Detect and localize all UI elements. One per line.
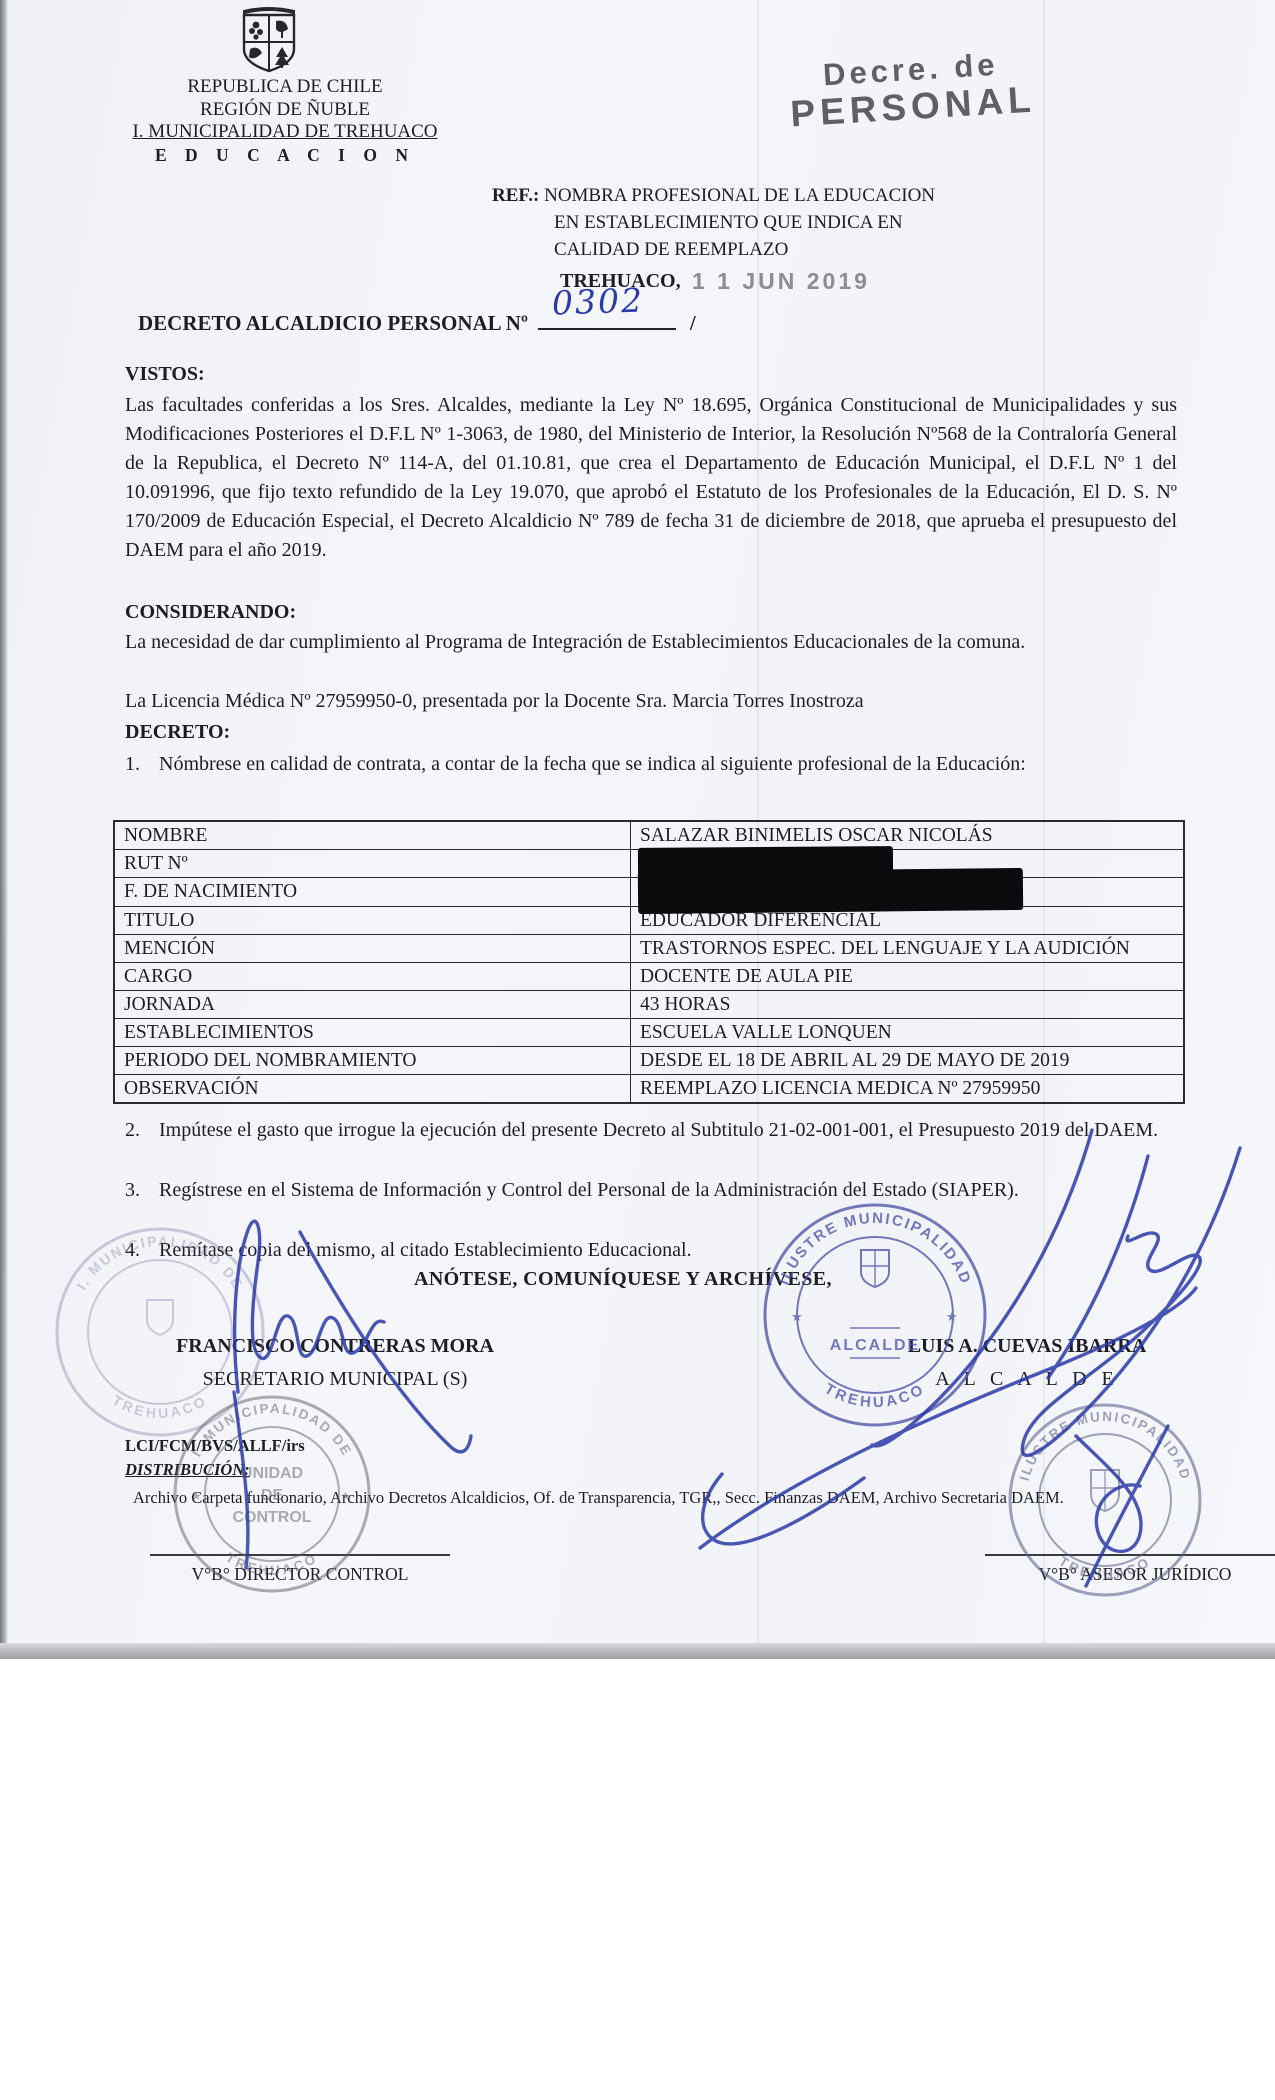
field-value: SALAZAR BINIMELIS OSCAR NICOLÁS (631, 821, 1185, 850)
reference-line: EN ESTABLECIMIENTO QUE INDICA EN (492, 209, 952, 236)
decree-number-suffix: / (690, 311, 696, 335)
field-value: DESDE EL 18 DE ABRIL AL 29 DE MAYO DE 20… (631, 1047, 1185, 1075)
field-value: 43 HORAS (631, 991, 1185, 1019)
signature-ink-stroke (234, 1392, 248, 1568)
signer-name: FRANCISCO CONTRERAS MORA (155, 1330, 515, 1363)
decree-number-blank: 0302 (538, 308, 676, 330)
distribution-list: Archivo Carpeta funcionario, Archivo Dec… (133, 1488, 1193, 1508)
stamp-center-text: CONTROL (232, 1509, 311, 1526)
responsibility-initials: LCI/FCM/BVS/ALLF/irs (125, 1436, 305, 1456)
reference-block: REF.: NOMBRA PROFESIONAL DE LA EDUCACION… (492, 182, 952, 263)
field-label: NOMBRE (114, 821, 631, 850)
scan-left-edge (0, 0, 8, 1652)
reference-line: CALIDAD DE REEMPLAZO (492, 236, 952, 263)
item-text: Impútese el gasto que irrogue la ejecuci… (159, 1116, 1158, 1145)
field-value: TRASTORNOS ESPEC. DEL LENGUAJE Y LA AUDI… (631, 935, 1185, 963)
vistos-body: Las facultades conferidas a los Sres. Al… (125, 391, 1177, 565)
handwritten-decree-number: 0302 (551, 280, 644, 322)
table-row: F. DE NACIMIENTO (114, 878, 1184, 907)
decree-item: 2. Impútese el gasto que irrogue la ejec… (125, 1116, 1180, 1145)
field-value: DOCENTE DE AULA PIE (631, 963, 1185, 991)
decreto-heading: DECRETO: (125, 721, 230, 744)
alcalde-round-stamp: ILUSTRE MUNICIPALIDAD TREHUACO ★ ★ ALCAL… (758, 1198, 992, 1432)
redaction-bar (638, 868, 1023, 914)
reference-text: NOMBRA PROFESIONAL DE LA EDUCACION (539, 185, 935, 206)
field-value (631, 878, 1185, 907)
scanned-document-page: REPUBLICA DE CHILE REGIÓN DE ÑUBLE I. MU… (0, 0, 1275, 1652)
table-row: NOMBRESALAZAR BINIMELIS OSCAR NICOLÁS (114, 821, 1184, 850)
municipal-crest-logo (230, 5, 308, 75)
reference-label: REF.: (492, 185, 539, 206)
vb-director-control: V°B° DIRECTOR CONTROL (150, 1554, 450, 1585)
closing-formula: ANÓTESE, COMUNÍQUESE Y ARCHÍVESE, (414, 1268, 832, 1291)
item-number: 1. (125, 750, 159, 779)
table-row: JORNADA43 HORAS (114, 991, 1184, 1019)
letterhead-department: E D U C A C I O N (95, 144, 475, 167)
item-text: Regístrese en el Sistema de Información … (159, 1176, 1019, 1205)
field-value: ESCUELA VALLE LONQUEN (631, 1019, 1185, 1047)
field-value: REEMPLAZO LICENCIA MEDICA Nº 27959950 (631, 1075, 1185, 1104)
table-row: PERIODO DEL NOMBRAMIENTODESDE EL 18 DE A… (114, 1047, 1184, 1075)
decree-item: 3. Regístrese en el Sistema de Informaci… (125, 1176, 1180, 1205)
signature-block-alcalde: LUIS A. CUEVAS IBARRA A L C A L D E (872, 1330, 1182, 1396)
svg-text:TREHUACO: TREHUACO (110, 1392, 211, 1421)
item-number: 4. (125, 1236, 159, 1265)
field-label: F. DE NACIMIENTO (114, 878, 631, 907)
appointment-table: NOMBRESALAZAR BINIMELIS OSCAR NICOLÁS RU… (113, 820, 1185, 1104)
distribution-label: DISTRIBUCIÓN: (125, 1460, 250, 1480)
table-row: CARGODOCENTE DE AULA PIE (114, 963, 1184, 991)
stamp-ring-text: TREHUACO (110, 1392, 211, 1421)
decree-item: 4. Remítase copia del mismo, al citado E… (125, 1236, 1180, 1265)
decree-number-label: DECRETO ALCALDICIO PERSONAL Nº (138, 311, 528, 335)
star-icon: ★ (946, 1309, 958, 1324)
decree-item: 1. Nómbrese en calidad de contrata, a co… (125, 750, 1180, 779)
item-number: 2. (125, 1116, 159, 1145)
field-label: OBSERVACIÓN (114, 1075, 631, 1104)
vistos-heading: VISTOS: (125, 363, 205, 386)
table-row: MENCIÓNTRASTORNOS ESPEC. DEL LENGUAJE Y … (114, 935, 1184, 963)
letterhead: REPUBLICA DE CHILE REGIÓN DE ÑUBLE I. MU… (95, 76, 475, 166)
field-label: ESTABLECIMIENTOS (114, 1019, 631, 1047)
field-label: MENCIÓN (114, 935, 631, 963)
item-number: 3. (125, 1176, 159, 1205)
item-text: Remítase copia del mismo, al citado Esta… (159, 1236, 692, 1265)
field-label: TITULO (114, 907, 631, 935)
signature-alcalde-sweep (703, 1474, 864, 1544)
letterhead-municipality: I. MUNICIPALIDAD DE TREHUACO (95, 121, 475, 144)
scan-bottom-edge (0, 1643, 1275, 1659)
stamp-center-text: UNIDAD (241, 1465, 303, 1482)
letterhead-country: REPUBLICA DE CHILE (95, 76, 475, 99)
screenshot-root: { "header": { "country": "REPUBLICA DE C… (0, 0, 1275, 2100)
date-stamp: 1 1 JUN 2019 (692, 268, 870, 295)
considerando-heading: CONSIDERANDO: (125, 601, 296, 624)
table-row: ESTABLECIMIENTOSESCUELA VALLE LONQUEN (114, 1019, 1184, 1047)
considerando-paragraph: La Licencia Médica Nº 27959950-0, presen… (125, 687, 1177, 716)
vb-asesor-juridico: V°B° ASESOR JURÍDICO (985, 1554, 1275, 1585)
table-row: OBSERVACIÓNREEMPLAZO LICENCIA MEDICA Nº … (114, 1075, 1184, 1104)
considerando-paragraph: La necesidad de dar cumplimiento al Prog… (125, 628, 1177, 657)
signer-name: LUIS A. CUEVAS IBARRA (872, 1330, 1182, 1363)
letterhead-region: REGIÓN DE ÑUBLE (95, 99, 475, 122)
field-label: PERIODO DEL NOMBRAMIENTO (114, 1047, 631, 1075)
reference-line: REF.: NOMBRA PROFESIONAL DE LA EDUCACION (492, 182, 952, 209)
decree-number-line: DECRETO ALCALDICIO PERSONAL Nº0302/ (138, 308, 696, 336)
personal-decree-stamp: Decre. de PERSONAL (740, 42, 1084, 139)
item-text: Nómbrese en calidad de contrata, a conta… (159, 750, 1026, 779)
field-label: RUT Nº (114, 850, 631, 878)
signer-title: SECRETARIO MUNICIPAL (S) (155, 1363, 515, 1396)
signer-title: A L C A L D E (872, 1363, 1182, 1396)
signature-block-secretario: FRANCISCO CONTRERAS MORA SECRETARIO MUNI… (155, 1330, 515, 1396)
field-label: CARGO (114, 963, 631, 991)
field-label: JORNADA (114, 991, 631, 1019)
signature-alcalde-sweep (700, 1288, 1196, 1548)
star-icon: ★ (791, 1309, 803, 1324)
